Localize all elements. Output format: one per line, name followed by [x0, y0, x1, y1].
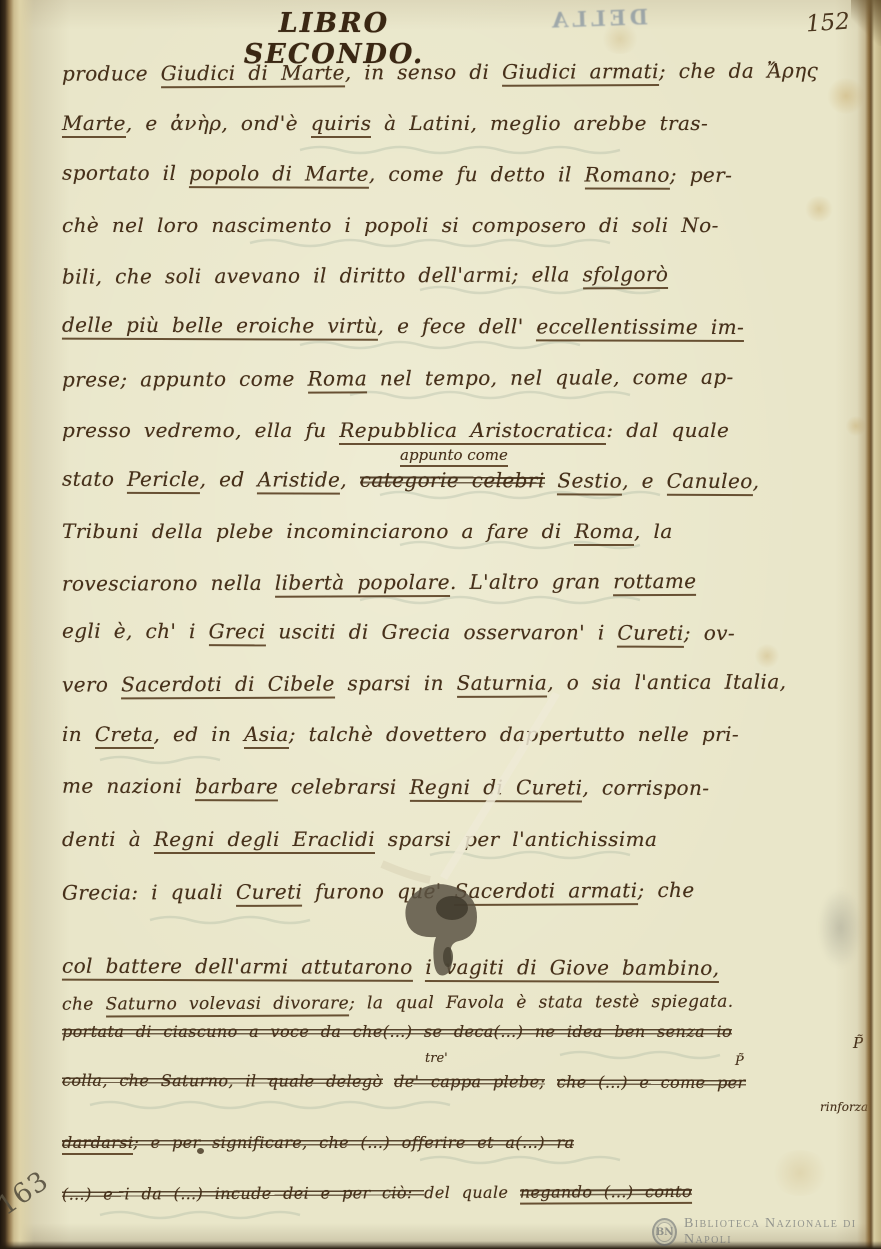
handwritten-text: stato	[62, 467, 127, 491]
underlined-text: col battere dell'armi attutarono	[62, 954, 413, 982]
handwritten-text: prese; appunto come	[62, 367, 308, 392]
underlined-text: Repubblica Aristocratica	[339, 418, 606, 445]
underlined-text: Roma	[574, 519, 634, 546]
handwritten-text: usciti di Grecia osservaron' i	[266, 619, 618, 644]
manuscript-page: LIBRO SECONDO. 152 DELLA produce Giudici…	[0, 0, 881, 1249]
manuscript-line: colla, che Saturno, il quale delegò de' …	[62, 1071, 822, 1093]
manuscript-line: egli è, ch' i Greci usciti di Grecia oss…	[62, 619, 822, 646]
handwritten-text: sportato il	[62, 161, 189, 185]
handwritten-text: , la	[634, 519, 673, 543]
corner-shadow	[851, 0, 881, 46]
manuscript-line: portata di ciascuno a voce da che(…) se …	[62, 1022, 822, 1041]
underlined-text: Regni di Cureti	[409, 775, 582, 803]
handwritten-text: ; ov-	[684, 621, 735, 645]
underlined-text: Giudici armati	[502, 59, 659, 87]
handwritten-text: à Latini, meglio arebbe tras-	[371, 111, 708, 135]
handwritten-text: , in senso di	[345, 60, 502, 85]
library-watermark: BN Biblioteca Nazionale di Napoli	[652, 1216, 881, 1248]
struck-text: (…) offerire et a(…) ra	[361, 1133, 575, 1152]
manuscript-line: col battere dell'armi attutarono i vagit…	[62, 954, 822, 981]
page-right-edge	[857, 0, 881, 1249]
handwritten-text: ; talchè dovettero dappertutto nelle pri…	[289, 722, 739, 746]
manuscript-line: che Saturno volevasi divorare; la qual F…	[62, 991, 822, 1014]
manuscript-line: denti à Regni degli Eraclidi sparsi per …	[62, 827, 822, 851]
struck-text: colla, che Saturno, il quale delegò	[62, 1071, 383, 1091]
handwritten-text	[545, 468, 558, 492]
manuscript-line: Tribuni della plebe incominciarono a far…	[62, 519, 822, 543]
interlinear-insertion: appunto come	[400, 446, 508, 467]
handwritten-text: , corrispon-	[582, 775, 709, 799]
handwritten-text: ; la qual Favola è stata testè spiegata.	[349, 992, 734, 1014]
handwritten-text: rovesciarono nella	[62, 571, 275, 596]
underlined-text: Saturno volevasi divorare	[106, 993, 350, 1017]
handwritten-text: me nazioni	[62, 774, 195, 798]
struck-text: dardarsi	[62, 1133, 133, 1155]
manuscript-line: (…) e i da (…) incude dei e per ciò: del…	[62, 1181, 822, 1203]
handwritten-text: che	[62, 994, 106, 1014]
handwritten-text: , ed in	[154, 722, 245, 746]
struck-text: che (…) e come per	[557, 1072, 746, 1092]
underlined-text: Pericle	[127, 467, 200, 494]
underlined-text: quiris	[311, 111, 372, 138]
manuscript-line: me nazioni barbare celebrarsi Regni di C…	[62, 774, 822, 801]
underlined-text: libertà popolare	[275, 570, 450, 598]
handwritten-text: ; che da Ἄρης	[659, 58, 818, 83]
underlined-text: Asia	[244, 722, 289, 749]
handwritten-text: denti à	[62, 827, 154, 851]
interlinear-insertion: tre'	[425, 1051, 448, 1066]
binding-edge	[0, 0, 34, 1249]
handwritten-text: , e fece dell'	[378, 314, 537, 339]
handwritten-text	[413, 955, 426, 979]
handwritten-text: presso vedremo, ella fu	[62, 418, 339, 442]
handwritten-text: sparsi per l'antichissima	[375, 827, 657, 851]
watermark-label: Biblioteca Nazionale di Napoli	[684, 1216, 881, 1248]
handwritten-text: bili, che soli avevano il diritto dell'a…	[62, 262, 583, 288]
underlined-text: Giudici di Marte	[161, 60, 345, 88]
handwritten-text: egli è, ch' i	[62, 619, 209, 644]
handwritten-text: ; che	[637, 878, 694, 902]
manuscript-line: vero Sacerdoti di Cibele sparsi in Satur…	[62, 669, 822, 696]
manuscript-line: Grecia: i quali Cureti furono que' Sacer…	[62, 877, 822, 904]
underlined-text: Sacerdoti armati	[454, 878, 637, 906]
handwritten-text: sparsi in	[335, 671, 457, 696]
underlined-text: Sestio	[557, 468, 622, 495]
manuscript-line: stato Pericle, ed Aristide, categorie ce…	[62, 467, 822, 494]
underlined-text: Roma	[307, 366, 367, 393]
underlined-text: eccellentissime im-	[536, 314, 744, 342]
handwritten-text: nel tempo, nel quale, come ap-	[367, 365, 734, 391]
manuscript-line: delle più belle eroiche virtù, e fece de…	[62, 313, 822, 340]
handwritten-text: , come fu detto il	[369, 162, 585, 187]
handwritten-text: ; per-	[670, 163, 733, 187]
manuscript-line: sportato il popolo di Marte, come fu det…	[62, 161, 822, 188]
handwritten-text: , e	[622, 469, 667, 493]
manuscript-line: Marte, e ἀνὴρ, ond'è quiris à Latini, me…	[62, 111, 822, 135]
handwritten-text: del quale	[424, 1183, 520, 1202]
underlined-text: rottame	[613, 569, 696, 596]
underlined-text: sfolgorò	[583, 262, 669, 289]
underlined-text: Aristide	[257, 467, 340, 494]
handwritten-text: , e ἀνὴρ, ond'è	[126, 111, 311, 135]
handwritten-text: , ed	[200, 467, 258, 491]
manuscript-lines: produce Giudici di Marte, in senso di Gi…	[0, 0, 881, 1249]
underlined-text: Cureti	[617, 621, 684, 648]
handwritten-text: furono que'	[302, 879, 454, 904]
interlinear-insertion: P̃	[735, 1054, 744, 1069]
underlined-text: popolo di Marte	[189, 161, 369, 189]
handwritten-text: celebrarsi	[278, 774, 409, 798]
handwritten-text: Grecia: i quali	[62, 880, 236, 905]
handwritten-text: ,	[340, 468, 360, 492]
handwritten-text: ,	[753, 469, 760, 493]
handwritten-text	[545, 1072, 557, 1091]
manuscript-line: chè nel loro nascimento i popoli si comp…	[62, 213, 822, 237]
handwritten-text: : dal quale	[606, 418, 729, 442]
manuscript-line: bili, che soli avevano il diritto dell'a…	[62, 261, 822, 288]
manuscript-line: dardarsi; e per significare, che (…) off…	[62, 1133, 822, 1152]
underlined-text: Romano	[584, 162, 669, 189]
underlined-text: barbare	[195, 774, 278, 801]
underlined-text: Greci	[209, 619, 266, 646]
underlined-text: Marte	[62, 111, 126, 138]
handwritten-text: Tribuni della plebe incominciarono a far…	[62, 519, 574, 543]
underlined-text: Sacerdoti di Cibele	[121, 671, 335, 699]
underlined-text: i vagiti di Giove bambino,	[425, 955, 719, 983]
handwritten-text: chè nel loro nascimento i popoli si comp…	[62, 213, 719, 237]
underlined-text: Creta	[95, 722, 154, 749]
struck-text: de' cappa plebe;	[394, 1072, 545, 1092]
handwritten-text: . L'altro gran	[450, 569, 613, 594]
manuscript-line: presso vedremo, ella fu Repubblica Arist…	[62, 418, 822, 442]
struck-text: categorie celebri	[360, 468, 545, 493]
handwritten-text: in	[62, 722, 95, 746]
underlined-text: Regni degli Eraclidi	[154, 827, 375, 854]
manuscript-line: in Creta, ed in Asia; talchè dovettero d…	[62, 722, 822, 746]
handwritten-text: , o sia l'antica Italia,	[547, 669, 786, 694]
struck-text: negando (…) conto	[520, 1182, 692, 1205]
pencil-smudge	[818, 888, 862, 968]
library-logo-icon: BN	[652, 1218, 677, 1246]
struck-text: ; e per significare, che	[133, 1133, 360, 1152]
handwritten-text: vero	[62, 672, 121, 696]
manuscript-line: rovesciarono nella libertà popolare. L'a…	[62, 568, 822, 595]
struck-text: (…) e i da (…) incude dei e per ciò:	[62, 1183, 424, 1204]
handwritten-text: produce	[62, 61, 161, 85]
underlined-text: delle più belle eroiche virtù	[62, 313, 378, 341]
handwritten-text	[383, 1072, 395, 1091]
underlined-text: Canuleo	[667, 469, 753, 496]
struck-text: portata di ciascuno a voce da che(…) se …	[62, 1022, 732, 1041]
manuscript-line: prese; appunto come Roma nel tempo, nel …	[62, 364, 822, 391]
manuscript-line: produce Giudici di Marte, in senso di Gi…	[62, 58, 822, 85]
underlined-text: Cureti	[236, 880, 303, 907]
underlined-text: Saturnia	[457, 671, 548, 698]
